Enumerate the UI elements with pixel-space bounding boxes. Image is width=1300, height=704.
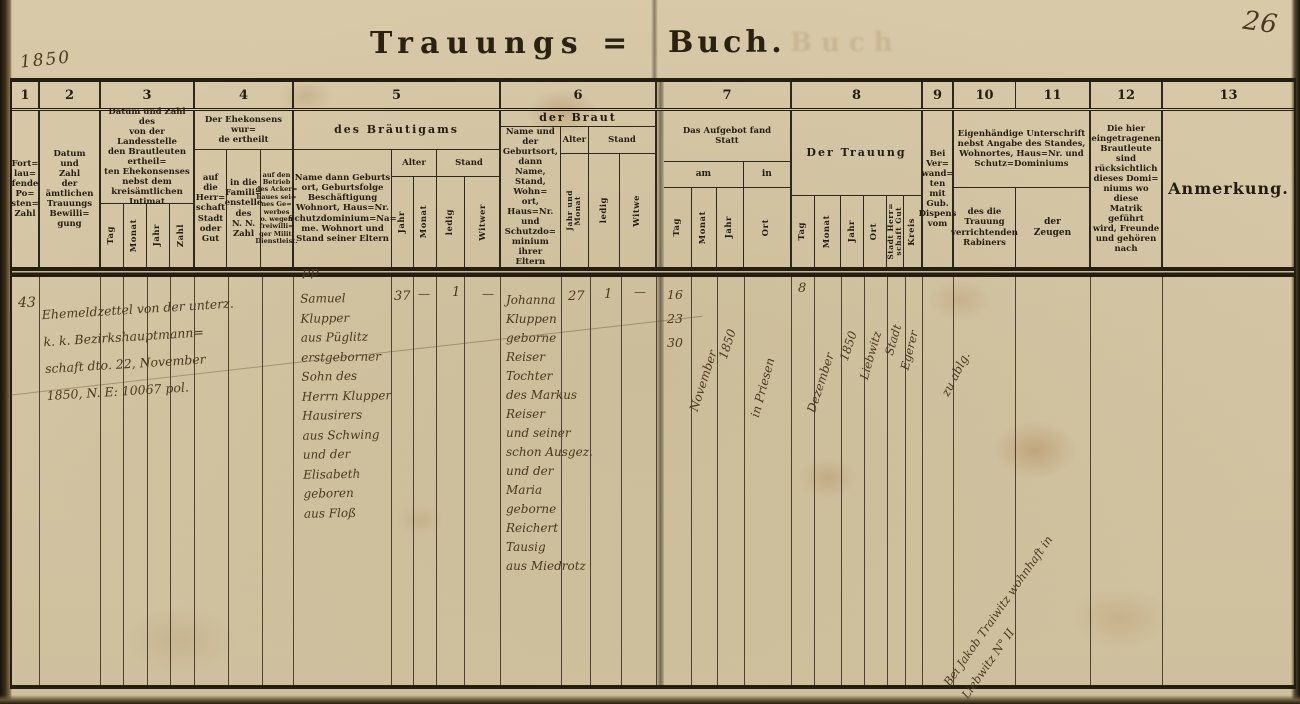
handwritten-page-number: 26 xyxy=(1241,6,1280,41)
col5-alter-group: Alter Jahr Monat xyxy=(392,150,437,267)
header-col3: Datum und Zahl des von der Landesstelle … xyxy=(101,111,195,267)
col-number-10: 10 xyxy=(954,82,1016,108)
page-bottom-edge xyxy=(0,695,1300,704)
col5-stand-label: Stand xyxy=(437,150,501,177)
col7-am-in-row: am in xyxy=(664,162,790,188)
fold-seam-cell xyxy=(657,277,664,685)
col-number-12: 12 xyxy=(1091,82,1163,108)
col4-herrschaft-label: auf die Herr= schaft Stadt oder Gut xyxy=(195,150,227,267)
col8-kreis-label: Kreis xyxy=(908,218,917,246)
col7-monat-label: Monat xyxy=(699,211,708,244)
col2-label: Datum und Zahl der ämtlichen Trauungs Be… xyxy=(40,111,99,267)
ink-offset-ghost-text: Buch xyxy=(790,28,902,58)
body-col13 xyxy=(1163,277,1294,685)
col8-jahr-label: Jahr xyxy=(848,220,857,242)
header-body-divider xyxy=(12,267,1294,277)
col1-label: Fort= lau= fende Po= sten= Zahl xyxy=(12,111,38,267)
header-col12: Die hier eingetragenen Brautleute sind r… xyxy=(1091,111,1163,267)
col6-alter-label: Alter xyxy=(561,127,588,154)
col13-anmerkung-label: Anmerkung. xyxy=(1163,111,1294,267)
col7-ort-label: Ort xyxy=(762,219,771,236)
bride-age: 27 xyxy=(568,289,585,304)
col5-jahr-label: Jahr xyxy=(398,211,407,233)
header-col5-groom: des Bräutigams Name dann Geburts ort, Ge… xyxy=(294,111,501,267)
register-page: 1850 26 Trauungs = Buch. Buch 1 2 3 4 5 … xyxy=(0,0,1300,704)
col6-ledig-label: ledig xyxy=(600,197,609,223)
column-number-row: 1 2 3 4 5 6 7 8 9 10 11 12 13 xyxy=(12,82,1294,111)
trauung-day: 8 xyxy=(798,281,806,296)
page-title-left: Trauungs = xyxy=(370,26,634,61)
col5-monat-label: Monat xyxy=(420,205,429,238)
col-number-2: 2 xyxy=(40,82,101,108)
col-number-3: 3 xyxy=(101,82,195,108)
col11-zeugen-label: der Zeugen xyxy=(1016,188,1089,267)
body-col5-witwer xyxy=(465,277,501,685)
header-col1: Fort= lau= fende Po= sten= Zahl xyxy=(12,111,40,267)
bride-witwe-mark: — xyxy=(634,285,646,299)
col-number-7: 7 xyxy=(664,82,792,108)
groom-witwer-mark: — xyxy=(482,287,494,301)
groom-entry: Samuel Klupper aus Püglitz erstgeborner … xyxy=(300,288,393,524)
header-col6-bride: der Braut Name und der Geburtsort, dann … xyxy=(501,111,657,267)
col3-tag-label: Tag xyxy=(107,226,116,244)
col8-tag-label: Tag xyxy=(798,222,807,240)
col7-am-label: am xyxy=(664,162,744,188)
col5-stand-group: Stand ledig Witwer xyxy=(437,150,501,267)
col6-witwe-label: Witwe xyxy=(633,195,642,227)
col3-jahr-label: Jahr xyxy=(153,224,162,246)
col-number-4: 4 xyxy=(195,82,294,108)
col8-stadt-herrschaft-gut-label: Stadt Herr= schaft Gut xyxy=(887,203,903,260)
header-col10-11: Eigenhändige Unterschrift nebst Angabe d… xyxy=(954,111,1091,267)
col3-monat-label: Monat xyxy=(130,219,139,252)
col-number-1: 1 xyxy=(12,82,40,108)
column-header-row: Fort= lau= fende Po= sten= Zahl Datum un… xyxy=(12,111,1294,267)
col-number-13: 13 xyxy=(1163,82,1294,108)
col8-monat-label: Monat xyxy=(823,215,832,248)
fold-seam-cell xyxy=(657,82,664,108)
fold-seam-cell xyxy=(657,111,664,267)
body-col12 xyxy=(1091,277,1163,685)
page-fold-seam xyxy=(651,0,658,80)
groom-ledig-mark: 1 xyxy=(452,285,460,300)
body-col6-witwe xyxy=(622,277,657,685)
page-title-right: Buch. xyxy=(668,25,786,60)
col6-subcolumns: Name und der Geburtsort, dann Name, Stan… xyxy=(501,127,655,267)
header-col9: Bei Ver= wand= ten mit Gub. Dispens vom xyxy=(923,111,954,267)
col6-stand-label: Stand xyxy=(589,127,655,154)
col5-name-description: Name dann Geburts ort, Geburtsfolge Besc… xyxy=(294,150,392,267)
col7-subcolumns: Tag Monat Jahr Ort xyxy=(664,188,790,267)
col10-11-description: Eigenhändige Unterschrift nebst Angabe d… xyxy=(954,111,1089,188)
table-body: 43 pp Ehemeldzettel von der unterz. k. k… xyxy=(12,277,1294,685)
col-number-9: 9 xyxy=(923,82,954,108)
col6-name-description: Name und der Geburtsort, dann Name, Stan… xyxy=(501,127,561,267)
bride-entry: Johanna Kluppen geborne Reiser Tochter d… xyxy=(506,291,593,576)
col5-alter-label: Alter xyxy=(392,150,436,177)
header-col4: Der Ehekonsens wur= de ertheilt auf die … xyxy=(195,111,294,267)
consent-note: Ehemeldzettel von der unterz. k. k. Bezi… xyxy=(41,285,315,409)
previous-entry-fragment: pp xyxy=(302,265,319,280)
header-col7-aufgebot: Das Aufgebot fand Statt am in Tag Monat … xyxy=(664,111,792,267)
col3-subcolumns: Tag Monat Jahr Zahl xyxy=(101,204,193,267)
entry-number: 43 xyxy=(18,295,36,311)
col6-jahr-monat-label: Jahr und Monat xyxy=(566,190,582,231)
body-col5-monat xyxy=(414,277,437,685)
col9-label: Bei Ver= wand= ten mit Gub. Dispens vom xyxy=(923,111,952,267)
aufgebot-days: 16 23 30 xyxy=(667,283,683,355)
body-col5-ledig xyxy=(437,277,465,685)
col10-rabbiner-label: des die Trauung verrichtenden Rabiners xyxy=(954,188,1016,267)
col5-subcolumns: Name dann Geburts ort, Geburtsfolge Besc… xyxy=(294,150,499,267)
body-col8-tag xyxy=(792,277,815,685)
col6-stand-group: Stand ledig Witwe xyxy=(589,127,655,267)
table-bottom-rule xyxy=(12,685,1294,689)
col8-title: Der Trauung xyxy=(792,111,921,196)
body-col5-jahr xyxy=(392,277,414,685)
body-col1 xyxy=(12,277,40,685)
col6-title: der Braut xyxy=(501,111,655,127)
header-col13: Anmerkung. xyxy=(1163,111,1294,267)
col4-subcolumns: auf die Herr= schaft Stadt oder Gut in d… xyxy=(195,150,292,267)
bride-ledig-mark: 1 xyxy=(604,287,612,302)
col5-witwer-label: Witwer xyxy=(479,204,488,241)
col7-title: Das Aufgebot fand Statt xyxy=(664,111,790,162)
col3-zahl-label: Zahl xyxy=(177,224,186,247)
col7-jahr-label: Jahr xyxy=(725,216,734,238)
col4-description: Der Ehekonsens wur= de ertheilt xyxy=(195,111,292,150)
col-number-8: 8 xyxy=(792,82,923,108)
col-number-11: 11 xyxy=(1016,82,1091,108)
col6-alter-group: Alter Jahr und Monat xyxy=(561,127,589,267)
col12-label: Die hier eingetragenen Brautleute sind r… xyxy=(1091,111,1161,267)
body-col9 xyxy=(923,277,954,685)
col7-in-label: in xyxy=(744,162,790,188)
groom-age-months: — xyxy=(418,287,430,301)
header-col8-trauung: Der Trauung Tag Monat Jahr Ort Stadt Her… xyxy=(792,111,923,267)
register-table: 1 2 3 4 5 6 7 8 9 10 11 12 13 Fort= lau=… xyxy=(10,78,1296,689)
col10-11-subcolumns: des die Trauung verrichtenden Rabiners d… xyxy=(954,188,1089,267)
body-col6-ledig xyxy=(591,277,622,685)
handwritten-year: 1850 xyxy=(19,47,72,72)
groom-age-years: 37 xyxy=(394,289,411,304)
col8-ort-label: Ort xyxy=(870,223,879,240)
col5-ledig-label: ledig xyxy=(446,209,455,235)
header-col2: Datum und Zahl der ämtlichen Trauungs Be… xyxy=(40,111,101,267)
col-number-6: 6 xyxy=(501,82,657,108)
col8-subcolumns: Tag Monat Jahr Ort Stadt Herr= schaft Gu… xyxy=(792,196,921,267)
col3-description: Datum und Zahl des von der Landesstelle … xyxy=(101,111,193,204)
col5-title: des Bräutigams xyxy=(294,111,499,150)
col7-tag-label: Tag xyxy=(673,218,682,236)
col-number-5: 5 xyxy=(294,82,501,108)
